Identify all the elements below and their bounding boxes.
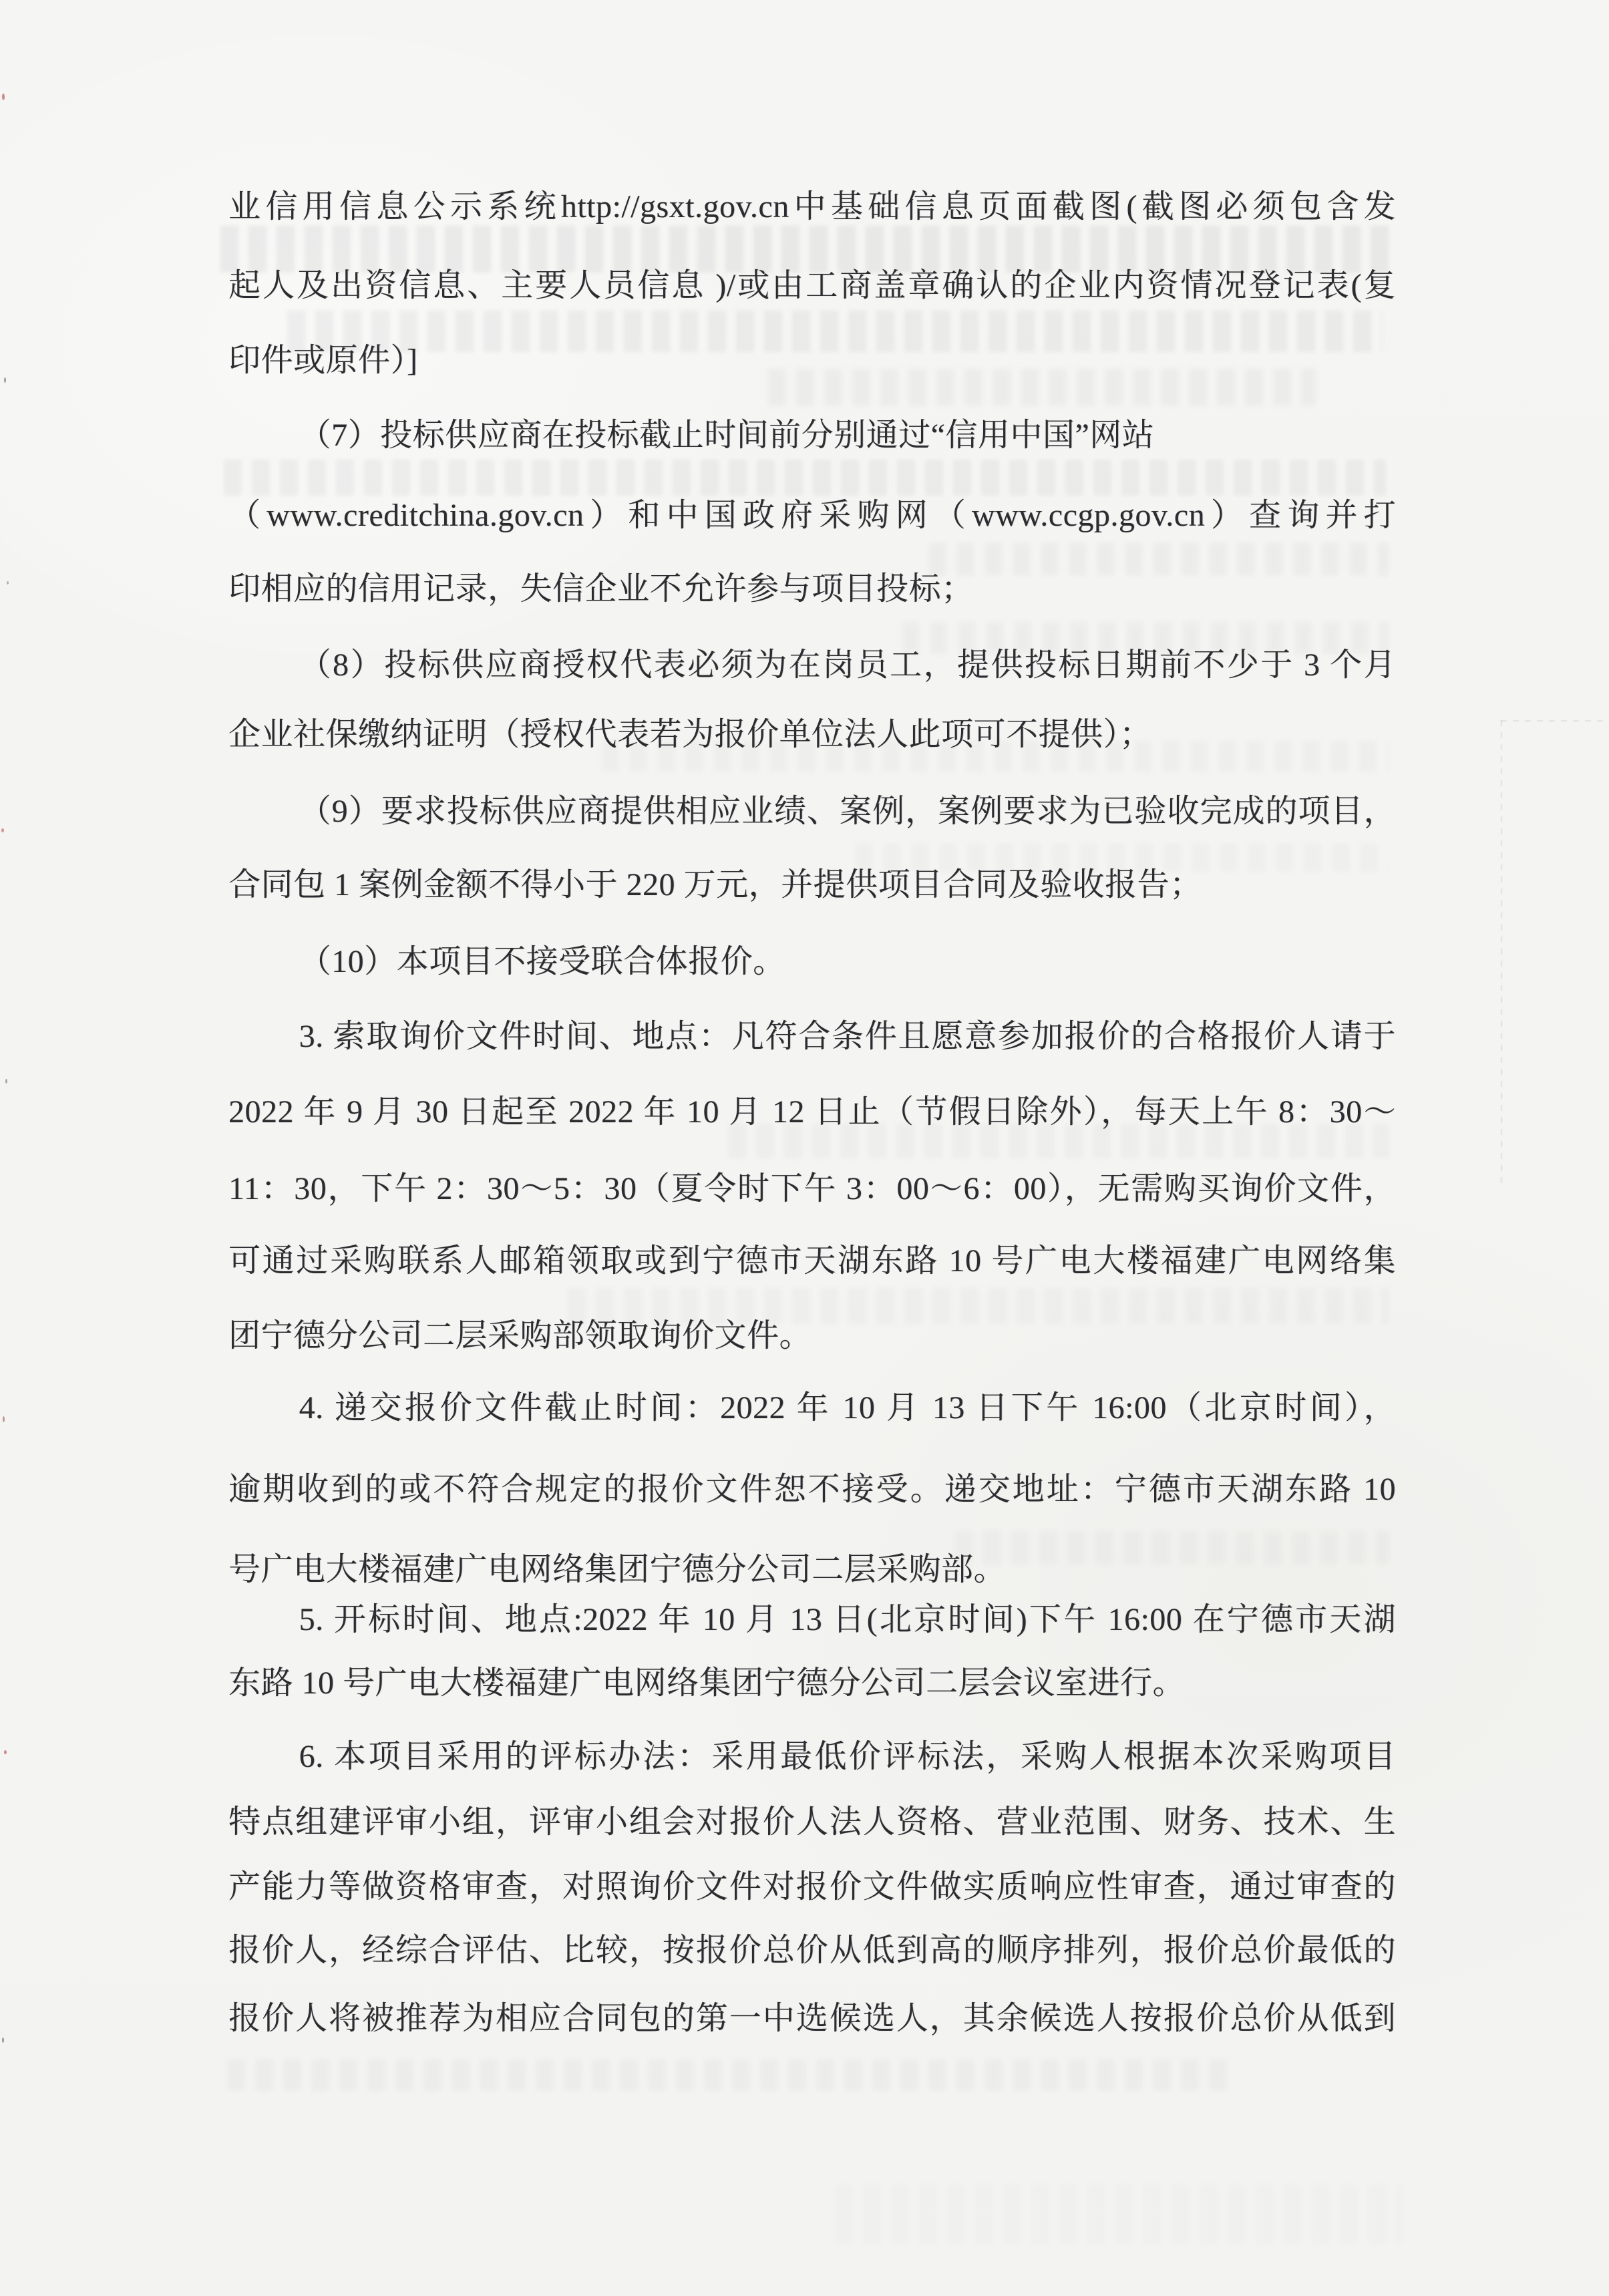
text-line: 合同包 1 案例金额不得小于 220 万元，并提供项目合同及验收报告； [228, 863, 1396, 907]
scanned-document-page: 业信用信息公示系统http://gsxt.gov.cn中基础信息页面截图(截图必… [0, 0, 1609, 2296]
text-line: 产能力等做资格审查，对照询价文件对报价文件做实质响应性审查，通过审查的 [228, 1865, 1396, 1909]
bleedthrough-table-line [1501, 720, 1608, 721]
text-line: 报价人将被推荐为相应合同包的第一中选候选人，其余候选人按报价总价从低到 [228, 1997, 1396, 2041]
scan-artifact [3, 1416, 5, 1422]
text-line: 号广电大楼福建广电网络集团宁德分公司二层采购部。 [228, 1548, 1396, 1592]
scan-artifact [4, 1750, 7, 1754]
text-line: 印相应的信用记录，失信企业不允许参与项目投标； [228, 567, 1396, 611]
scan-artifact [5, 1079, 7, 1084]
bleedthrough-ghost [835, 2184, 1403, 2245]
scan-artifact [4, 377, 6, 383]
text-line: 东路 10 号广电大楼福建广电网络集团宁德分公司二层会议室进行。 [228, 1661, 1396, 1705]
text-line: 5. 开标时间、地点:2022 年 10 月 13 日(北京时间)下午 16:0… [228, 1598, 1396, 1642]
text-line: 团宁德分公司二层采购部领取询价文件。 [228, 1314, 1396, 1358]
text-line: 印件或原件）] [228, 339, 1396, 383]
bleedthrough-table-line [1501, 720, 1502, 1188]
text-line: 6. 本项目采用的评标办法：采用最低价评标法，采购人根据本次采购项目 [228, 1735, 1396, 1779]
scan-artifact [2, 2037, 4, 2043]
text-line: 可通过采购联系人邮箱领取或到宁德市天湖东路 10 号广电大楼福建广电网络集 [228, 1239, 1396, 1283]
text-line: 2022 年 9 月 30 日起至 2022 年 10 月 12 日止（节假日除… [228, 1090, 1396, 1134]
scan-artifact [7, 581, 9, 585]
scan-artifact [2, 94, 5, 100]
text-line: 企业社保缴纳证明（授权代表若为报价单位法人此项可不提供）； [228, 713, 1396, 757]
bleedthrough-ghost [224, 460, 1386, 496]
text-line: （10）本项目不接受联合体报价。 [228, 940, 1396, 984]
text-line: 业信用信息公示系统http://gsxt.gov.cn中基础信息页面截图(截图必… [228, 185, 1396, 229]
text-line: 起人及出资信息、主要人员信息 )/或由工商盖章确认的企业内资情况登记表(复 [228, 264, 1396, 308]
text-line: 逾期收到的或不符合规定的报价文件恕不接受。递交地址：宁德市天湖东路 10 [228, 1468, 1396, 1512]
text-line: 11：30，下午 2：30～5：30（夏令时下午 3：00～6：00），无需购买… [228, 1167, 1396, 1211]
text-line: （9）要求投标供应商提供相应业绩、案例，案例要求为已验收完成的项目， [228, 790, 1396, 834]
text-line: （www.creditchina.gov.cn）和中国政府采购网（www.ccg… [228, 494, 1396, 538]
text-line: （8）投标供应商授权代表必须为在岗员工，提供投标日期前不少于 3 个月 [228, 643, 1396, 687]
text-line: 特点组建评审小组，评审小组会对报价人法人资格、营业范围、财务、技术、生 [228, 1800, 1396, 1844]
scan-artifact [1, 828, 4, 832]
text-line: 3. 索取询价文件时间、地点：凡符合条件且愿意参加报价的合格报价人请于 [228, 1015, 1396, 1059]
text-line: （7）投标供应商在投标截止时间前分别通过“信用中国”网站 [228, 414, 1396, 458]
text-line: 报价人，经综合评估、比较，按报价总价从低到高的顺序排列，报价总价最低的 [228, 1929, 1396, 1973]
bleedthrough-ghost [227, 2059, 1229, 2091]
text-line: 4. 递交报价文件截止时间：2022 年 10 月 13 日下午 16:00（北… [228, 1386, 1396, 1430]
